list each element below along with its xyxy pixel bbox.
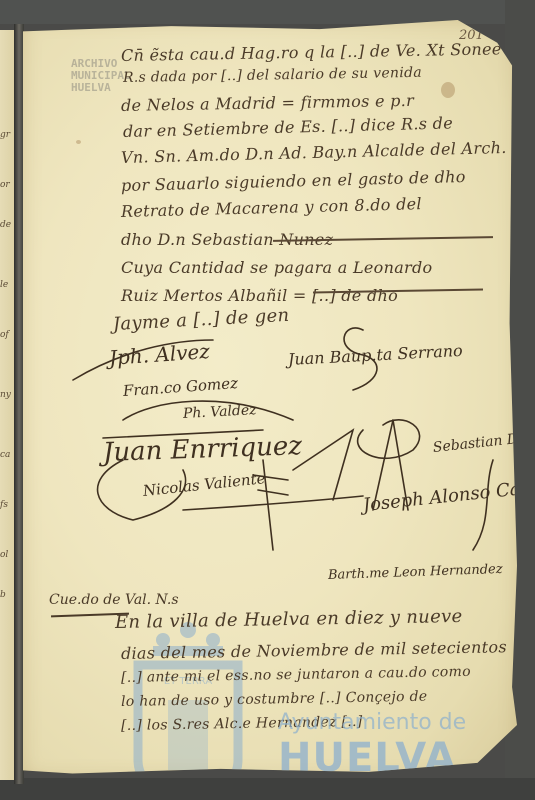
body-line: Cuya Cantidad se pagara a Leonardo <box>121 258 432 277</box>
watermark-text: Ayuntamiento de <box>278 710 466 735</box>
margin-note: Cue.do de Val. N.s <box>49 592 179 608</box>
body-line: de Nelos a Madrid = firmmos e p.r <box>121 91 414 115</box>
ink-stain <box>76 140 81 144</box>
body-line: Retrato de Macarena y con 8.do del <box>121 194 422 221</box>
ink-stain <box>441 82 455 98</box>
body-line: dar en Setiembre de Es. [..] dice R.s de <box>123 113 453 141</box>
body-line: Vn. Sn. Am.do D.n Ad. Bay.n Alcalde del … <box>121 138 507 167</box>
body-line: Ruiz Mertos Albañil = [..] de dho <box>121 286 398 305</box>
stamp-line: HUELVA <box>71 82 131 94</box>
scanner-frame-bottom <box>0 778 535 800</box>
document-page: ARCHIVO MUNICIPAL HUELVA 201 Cn̄ ẽsta ca… <box>23 20 517 778</box>
book-binding <box>14 24 24 784</box>
body-line: Cn̄ ẽsta cau.d Hag.ro q la [..] de Ve. X… <box>121 39 502 65</box>
body-line: R.s dada por [..] del salario de su veni… <box>123 65 422 86</box>
closing-line: En la villa de Huelva en diez y nueve <box>115 606 463 633</box>
body-line: por Sauarlo siguiendo en el gasto de dho <box>121 167 466 195</box>
watermark-title: HUELVA <box>278 735 456 781</box>
previous-page-edge: gr or de le of ny ca fs ol b <box>0 30 14 780</box>
